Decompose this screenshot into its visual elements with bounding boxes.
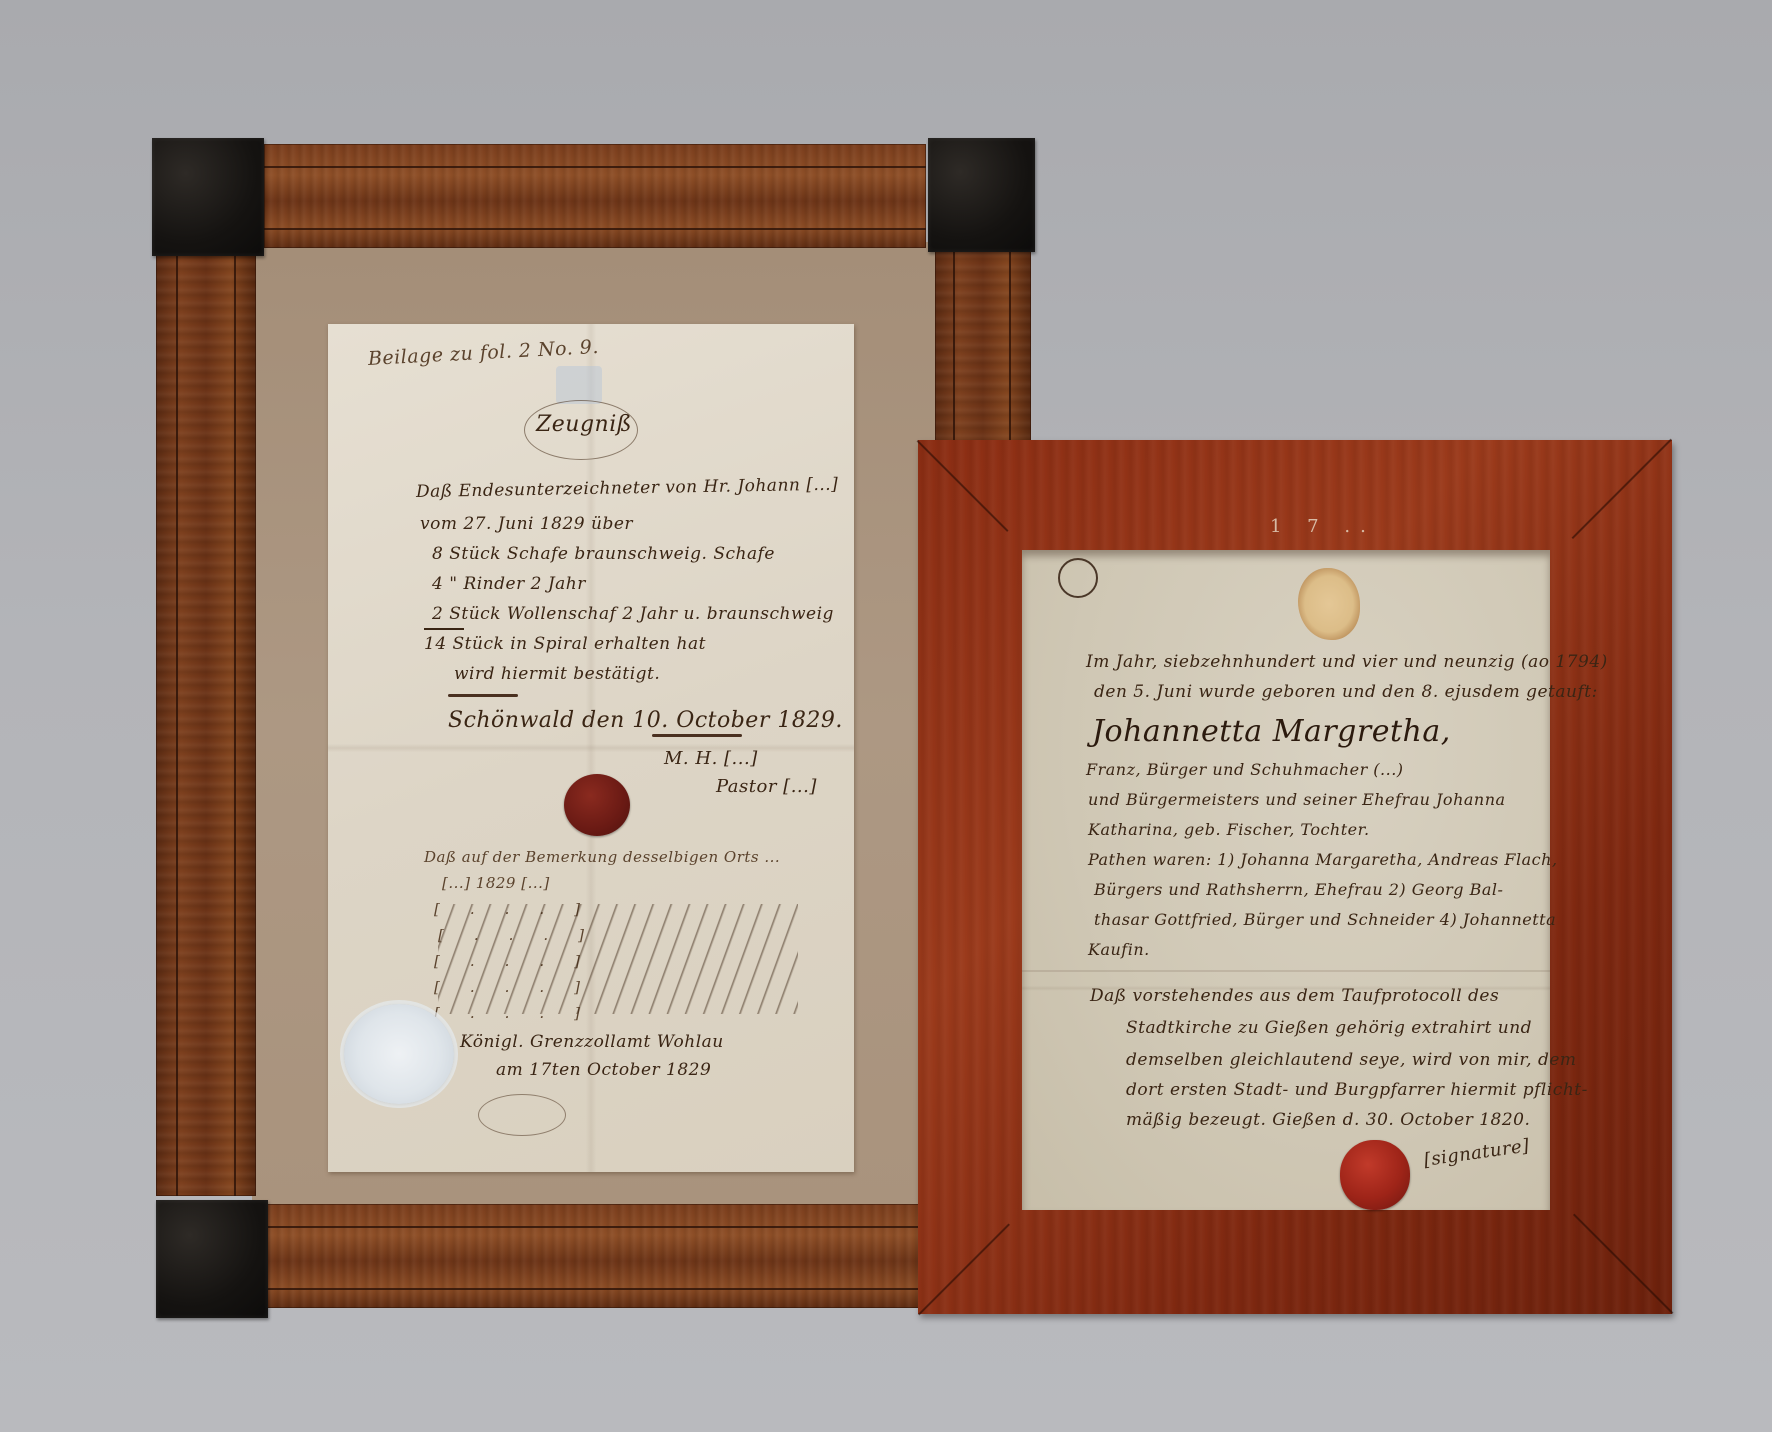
person-name: Johannetta Margretha,: [1092, 714, 1451, 749]
left-framed-document: Beilage zu fol. 2 No. 9. Zeugniß Daß End…: [152, 138, 1035, 1318]
scribble-strokes: [438, 904, 798, 1014]
sum-line: [424, 628, 464, 630]
right-doc-line-9: thasar Gottfried, Bürger und Schneider 4…: [1094, 910, 1556, 929]
blue-mark: [556, 366, 602, 404]
right-doc-line-1: Im Jahr, siebzehnhundert und vier und ne…: [1086, 652, 1608, 672]
left-doc-line-5: 2 Stück Wollenschaf 2 Jahr u. braunschwe…: [432, 604, 834, 624]
certification-line-2: Stadtkirche zu Gießen gehörig extrahirt …: [1126, 1018, 1532, 1038]
left-frame-top-rail: [264, 144, 926, 248]
signatory-name: M. H. [...]: [664, 748, 758, 769]
flourish-line: [448, 694, 518, 697]
customs-date-line: am 17ten October 1829: [496, 1060, 711, 1080]
left-doc-line-4: 4 " Rinder 2 Jahr: [432, 574, 586, 594]
left-frame-right-stile: [935, 248, 1031, 458]
left-frame-corner-top-left: [152, 138, 264, 256]
right-framed-document: 1 7 .. Im Jahr, siebzehnhundert und vier…: [918, 440, 1672, 1314]
ink-stamp: [1058, 558, 1098, 598]
water-stain: [1298, 568, 1360, 640]
certification-line-4: dort ersten Stadt- und Burgpfarrer hierm…: [1126, 1080, 1588, 1100]
monogram-signature: [478, 1094, 566, 1136]
left-frame-bottom-rail: [264, 1204, 926, 1308]
left-document-paper: Beilage zu fol. 2 No. 9. Zeugniß Daß End…: [328, 324, 854, 1172]
left-doc-line-2: vom 27. Juni 1829 über: [420, 514, 633, 534]
frame-inscription: 1 7 ..: [1270, 516, 1376, 537]
left-doc-line-1: Daß Endesunterzeichneter von Hr. Johann …: [416, 475, 839, 502]
lower-text-line-1: Daß auf der Bemerkung desselbigen Orts .…: [424, 848, 780, 866]
right-doc-line-7: Pathen waren: 1) Johanna Margaretha, And…: [1088, 850, 1558, 869]
right-doc-line-6: Katharina, geb. Fischer, Tochter.: [1088, 820, 1370, 839]
right-doc-line-5: und Bürgermeisters und seiner Ehefrau Jo…: [1088, 790, 1506, 809]
right-doc-line-4: Franz, Bürger und Schuhmacher (...): [1086, 760, 1404, 779]
left-doc-line-6: 14 Stück in Spiral erhalten hat: [424, 634, 706, 654]
embossed-paper-seal: [344, 1004, 454, 1104]
customs-office-line: Königl. Grenzzollamt Wohlau: [460, 1032, 724, 1052]
document-title: Zeugniß: [536, 412, 632, 437]
certification-line-3: demselben gleichlautend seye, wird von m…: [1126, 1050, 1577, 1070]
lower-text-line-2: [...] 1829 [...]: [442, 874, 550, 892]
left-doc-line-7: wird hiermit bestätigt.: [454, 664, 660, 684]
certification-line-1: Daß vorstehendes aus dem Taufprotocoll d…: [1090, 986, 1499, 1006]
left-doc-line-3: 8 Stück Schafe braunschweig. Schafe: [432, 544, 775, 564]
right-document-paper: Im Jahr, siebzehnhundert und vier und ne…: [1022, 550, 1550, 1210]
wax-seal: [564, 774, 630, 836]
certification-line-5: mäßig bezeugt. Gießen d. 30. October 182…: [1126, 1110, 1530, 1130]
left-frame-corner-top-right: [928, 138, 1035, 252]
right-doc-line-10: Kaufin.: [1088, 940, 1150, 959]
place-date-line: Schönwald den 10. October 1829.: [448, 708, 843, 733]
pastor-signature: [signature]: [1423, 1135, 1531, 1171]
document-header-note: Beilage zu fol. 2 No. 9.: [367, 336, 599, 370]
right-doc-line-2: den 5. Juni wurde geboren und den 8. eju…: [1094, 682, 1598, 702]
left-frame-corner-bottom-left: [156, 1200, 268, 1318]
right-doc-line-8: Bürgers und Rathsherrn, Ehefrau 2) Georg…: [1094, 880, 1503, 899]
left-frame-left-stile: [156, 248, 256, 1196]
red-wax-seal: [1340, 1140, 1410, 1210]
signature-flourish: [652, 734, 742, 737]
fold-line: [1022, 970, 1550, 972]
signatory-title: Pastor [...]: [716, 776, 817, 797]
